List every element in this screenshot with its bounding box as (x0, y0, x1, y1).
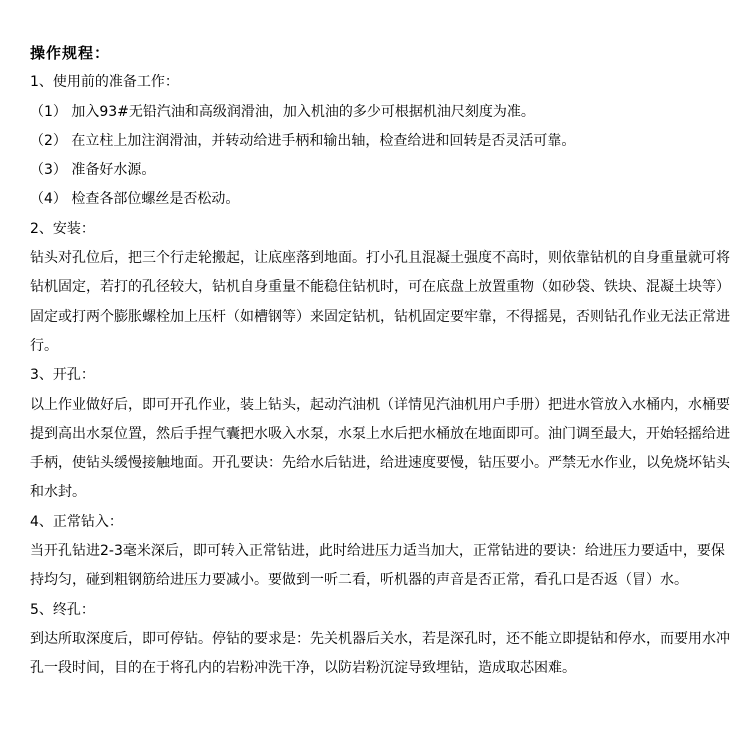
prep-item-4: （4） 检查各部位螺丝是否松动。 (30, 185, 730, 214)
section-heading-preparation: 1、使用前的准备工作： (30, 68, 730, 97)
section-heading-normal-drilling: 4、正常钻入： (30, 508, 730, 537)
prep-item-3: （3） 准备好水源。 (30, 156, 730, 185)
document-page: 操作规程： 1、使用前的准备工作： （1） 加入93#无铅汽油和高级润滑油，加入… (0, 0, 750, 750)
section-heading-hole-opening: 3、开孔： (30, 361, 730, 390)
prep-item-1: （1） 加入93#无铅汽油和高级润滑油，加入机油的多少可根据机油尺刻度为准。 (30, 98, 730, 127)
normal-drilling-paragraph: 当开孔钻进2-3毫米深后，即可转入正常钻进，此时给进压力适当加大，正常钻进的要诀… (30, 537, 730, 596)
document-title: 操作规程： (30, 39, 730, 68)
hole-opening-paragraph: 以上作业做好后，即可开孔作业，装上钻头，起动汽油机（详情见汽油机用户手册）把进水… (30, 391, 730, 508)
hole-finishing-paragraph: 到达所取深度后，即可停钻。停钻的要求是：先关机器后关水，若是深孔时，还不能立即提… (30, 625, 730, 684)
section-heading-hole-finishing: 5、终孔： (30, 596, 730, 625)
installation-paragraph: 钻头对孔位后，把三个行走轮搬起，让底座落到地面。打小孔且混凝土强度不高时，则依靠… (30, 244, 730, 361)
prep-item-2: （2） 在立柱上加注润滑油，并转动给进手柄和输出轴，检查给进和回转是否灵活可靠。 (30, 127, 730, 156)
section-heading-installation: 2、安装： (30, 215, 730, 244)
